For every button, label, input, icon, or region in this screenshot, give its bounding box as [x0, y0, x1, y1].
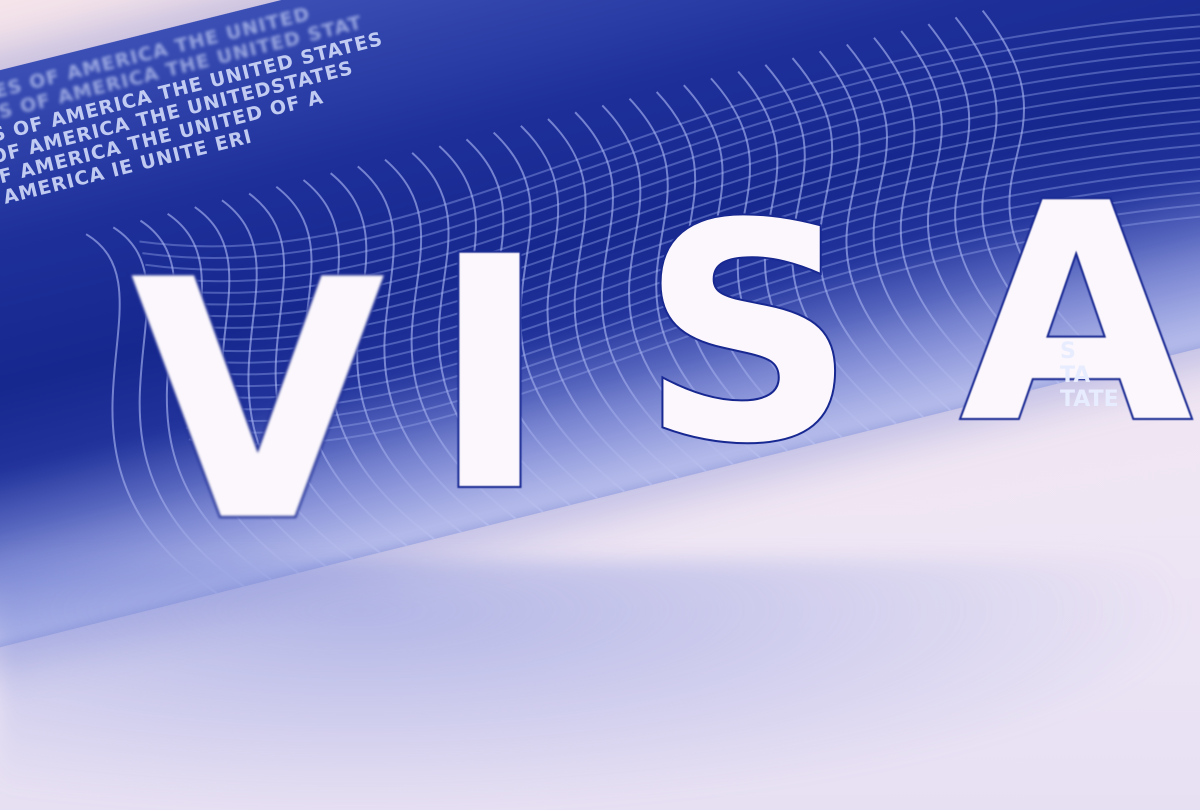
side-text-line: TA [1060, 364, 1119, 388]
side-text-line: S [1060, 340, 1119, 364]
side-microprint: S TA TATE [1060, 340, 1119, 412]
foreground-blur [0, 560, 1200, 810]
visa-letter-a: A [960, 140, 1192, 489]
visa-photo: STATES OF AMERICA THE UNITED TATES OF AM… [0, 0, 1200, 810]
side-text-line: TATE [1060, 388, 1119, 412]
visa-letter-i: I [430, 190, 549, 562]
visa-letter-s: S [640, 160, 856, 509]
visa-letter-v: V [130, 210, 385, 594]
